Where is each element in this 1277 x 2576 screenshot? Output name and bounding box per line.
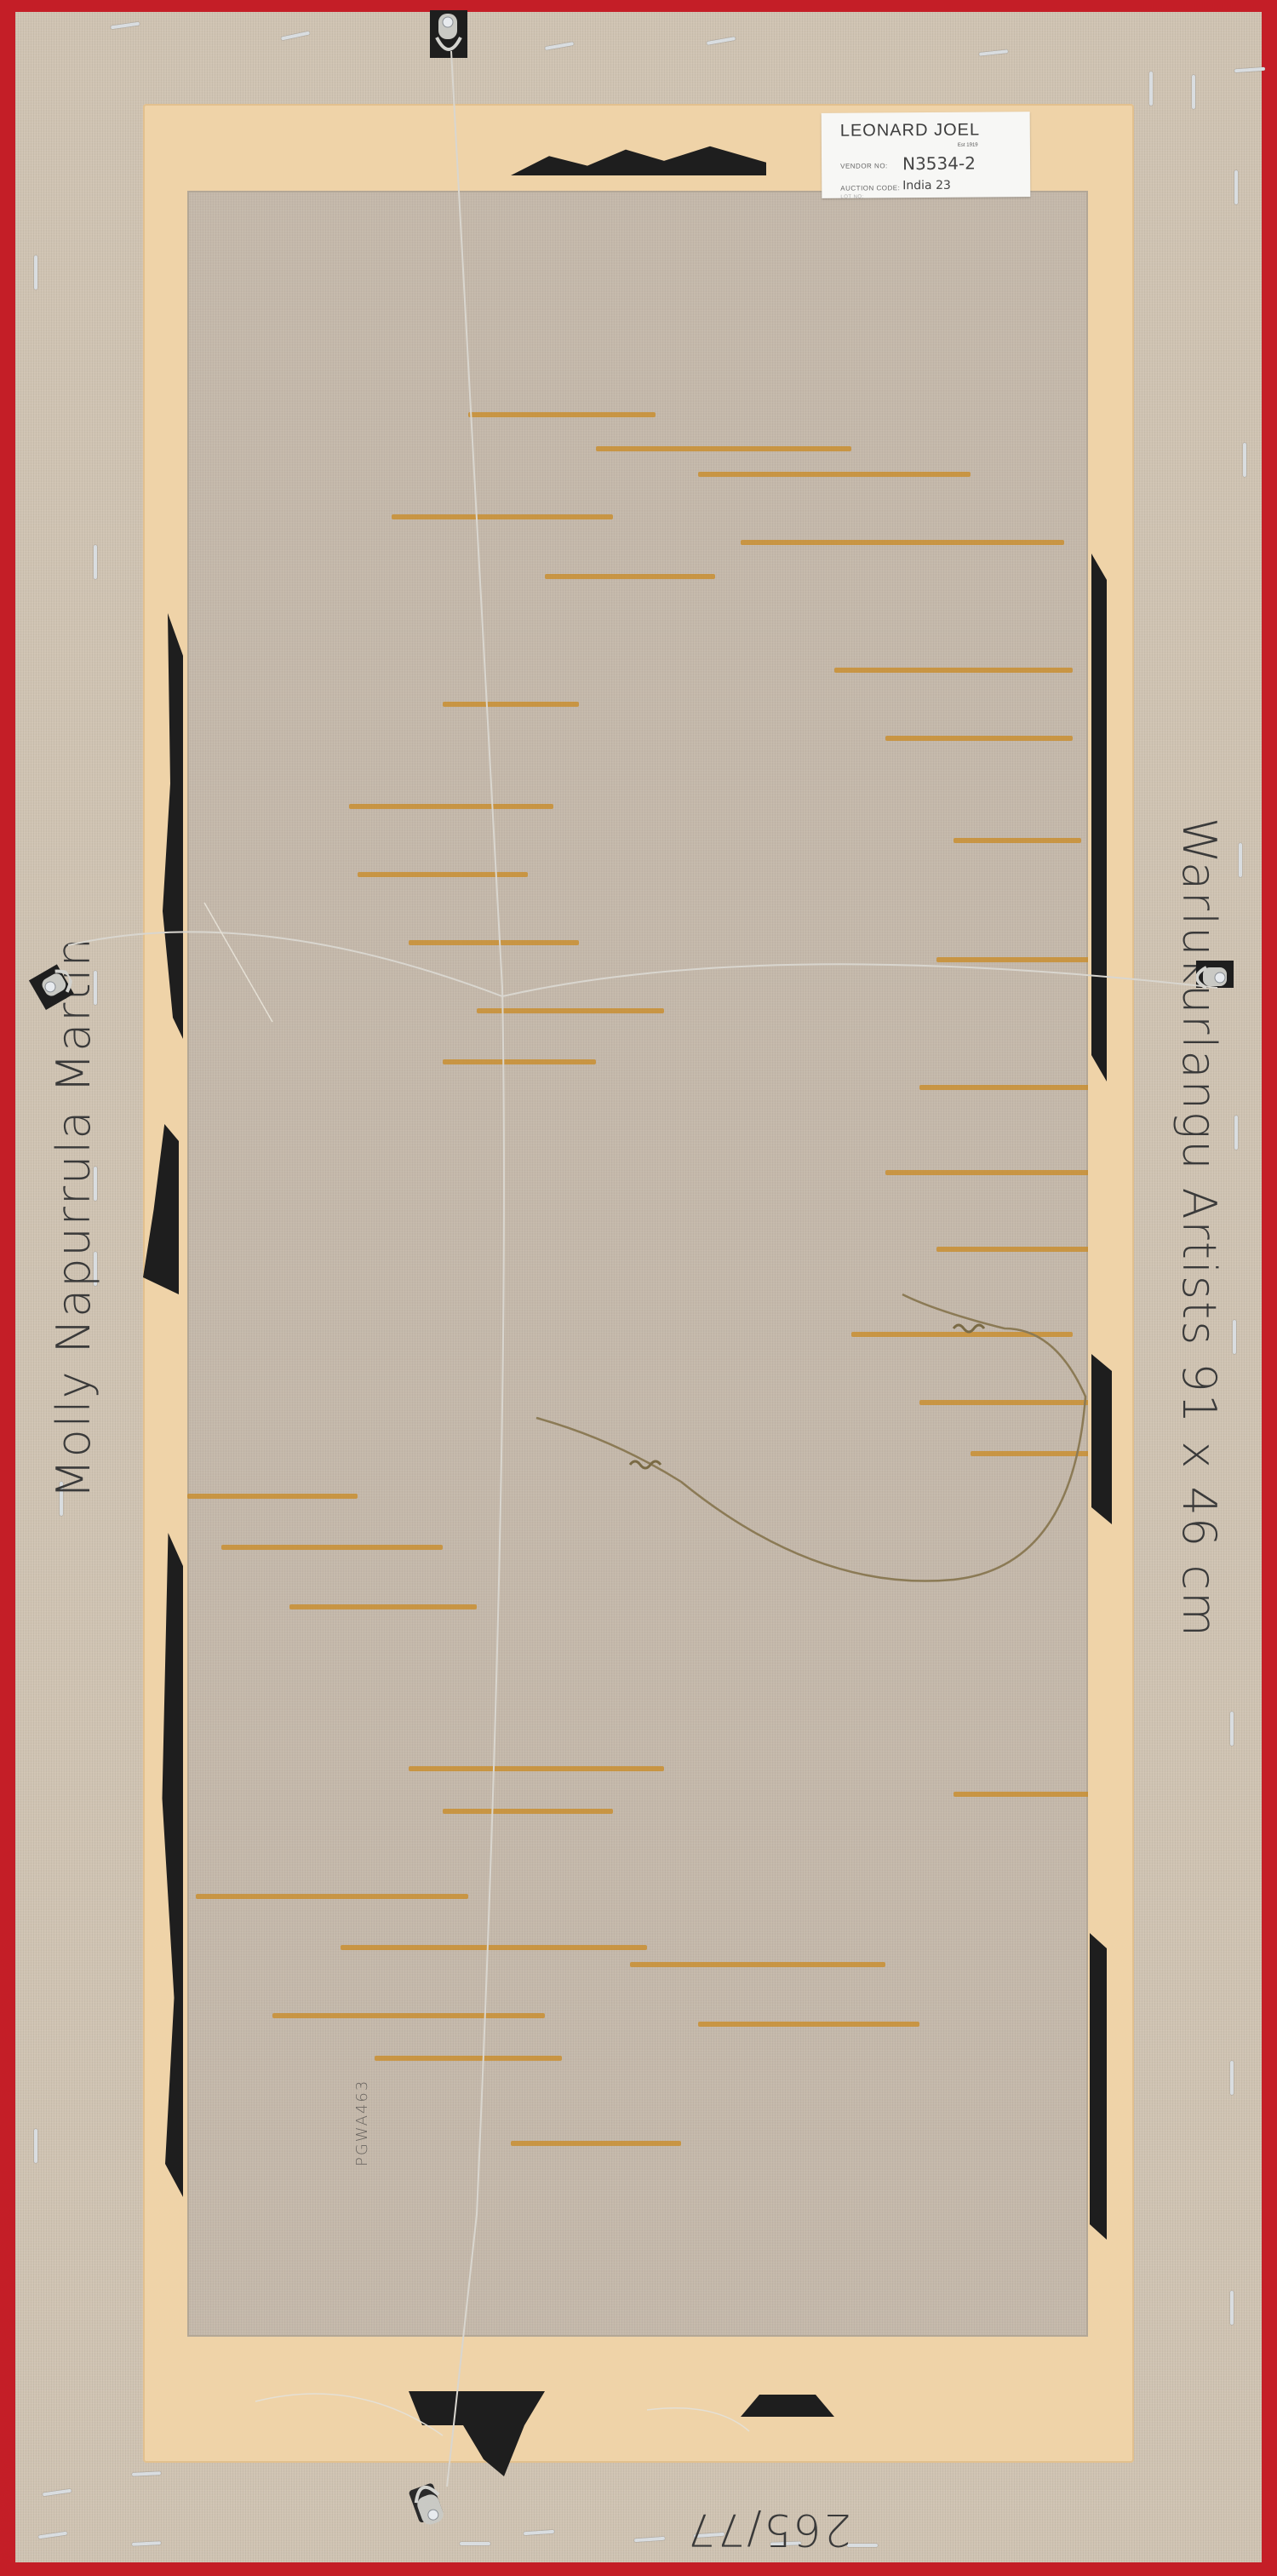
catalogue-number-inscription: 265/77: [685, 2504, 851, 2555]
canvas-back: PGWA463: [187, 191, 1088, 2337]
d-ring-hanger-top: [430, 10, 467, 58]
auction-house-label: LEONARD JOEL Est 1919 VENDOR NO: N3534-2…: [822, 112, 1031, 198]
vendor-no-label: VENDOR NO:: [840, 162, 888, 169]
artist-name-inscription: Molly Napurrula Martin: [47, 766, 100, 1499]
auction-code-label: AUCTION CODE:: [840, 184, 900, 192]
label-brand: LEONARD JOEL: [840, 121, 980, 141]
lot-no-label: LOT NO:: [840, 195, 863, 200]
d-ring-hanger-right: [1196, 961, 1234, 1008]
art-centre-size-inscription: Warlukurlangu Artists 91 x 46 cm: [1172, 818, 1226, 1638]
label-established: Est 1919: [958, 143, 978, 148]
vendor-no-value: N3534-2: [902, 153, 976, 175]
pencil-inscription: PGWA463: [353, 2080, 371, 2166]
auction-code-value: India 23: [902, 179, 951, 192]
